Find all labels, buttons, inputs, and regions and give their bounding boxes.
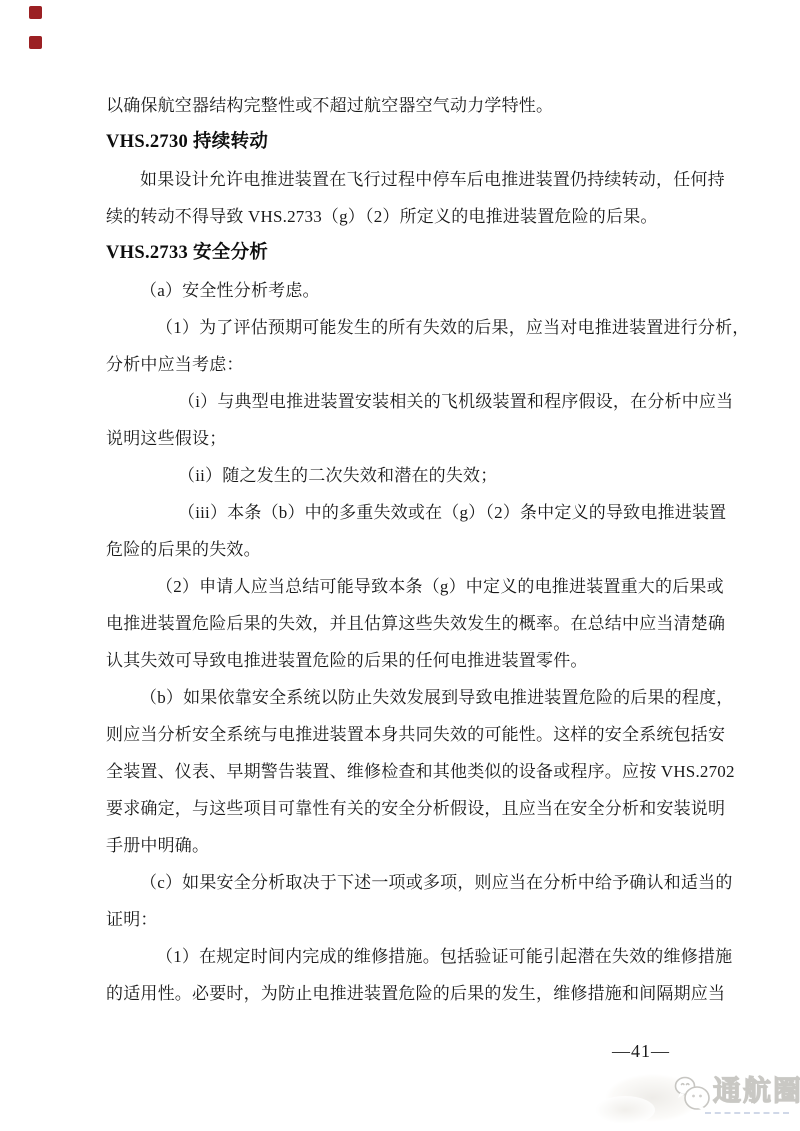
watermark-underline <box>705 1112 789 1114</box>
document-body: 以确保航空器结构完整性或不超过航空器空气动力学特性。VHS.2730 持续转动如… <box>106 87 696 1012</box>
text-line: （2）申请人应当总结可能导致本条（g）中定义的电推进装置重大的后果或 <box>106 568 696 605</box>
text-line: 说明这些假设； <box>106 420 696 457</box>
section-heading: VHS.2730 持续转动 <box>106 124 696 161</box>
text-line: （b）如果依靠安全系统以防止失效发展到导致电推进装置危险的后果的程度， <box>106 679 696 716</box>
red-square-mark <box>29 36 42 49</box>
text-line: （iii）本条（b）中的多重失效或在（g）（2）条中定义的导致电推进装置 <box>106 494 696 531</box>
text-line: （ii）随之发生的二次失效和潜在的失效； <box>106 457 696 494</box>
text-line: （i）与典型电推进装置安装相关的飞机级装置和程序假设，在分析中应当 <box>106 383 696 420</box>
text-line: 危险的后果的失效。 <box>106 531 696 568</box>
text-line: 分析中应当考虑： <box>106 346 696 383</box>
text-line: （1）在规定时间内完成的维修措施。包括验证可能引起潜在失效的维修措施 <box>106 938 696 975</box>
text-line: 以确保航空器结构完整性或不超过航空器空气动力学特性。 <box>106 87 696 124</box>
text-line: 如果设计允许电推进装置在飞行过程中停车后电推进装置仍持续转动，任何持 <box>106 161 696 198</box>
text-line: 的适用性。必要时，为防止电推进装置危险的后果的发生，维修措施和间隔期应当 <box>106 975 696 1012</box>
text-line: （c）如果安全分析取决于下述一项或多项，则应当在分析中给予确认和适当的 <box>106 864 696 901</box>
text-line: （1）为了评估预期可能发生的所有失效的后果，应当对电推进装置进行分析， <box>106 309 696 346</box>
text-line: 则应当分析安全系统与电推进装置本身共同失效的可能性。这样的安全系统包括安 <box>106 716 696 753</box>
text-line: 要求确定，与这些项目可靠性有关的安全分析假设，且应当在安全分析和安装说明 <box>106 790 696 827</box>
section-heading: VHS.2733 安全分析 <box>106 235 696 272</box>
text-line: 全装置、仪表、早期警告装置、维修检查和其他类似的设备或程序。应按 VHS.270… <box>106 753 696 790</box>
page-number: —41— <box>612 1041 670 1062</box>
text-line: 认其失效可导致电推进装置危险的后果的任何电推进装置零件。 <box>106 642 696 679</box>
text-line: 电推进装置危险后果的失效，并且估算这些失效发生的概率。在总结中应当清楚确 <box>106 605 696 642</box>
text-line: 证明： <box>106 901 696 938</box>
chat-bubbles-icon <box>673 1074 713 1114</box>
watermark: 通航圈 <box>595 1066 795 1128</box>
watermark-text: 通航圈 <box>713 1076 800 1106</box>
text-line: 续的转动不得导致 VHS.2733（g）（2）所定义的电推进装置危险的后果。 <box>106 198 696 235</box>
text-line: （a）安全性分析考虑。 <box>106 272 696 309</box>
text-line: 手册中明确。 <box>106 827 696 864</box>
red-square-mark <box>29 6 42 19</box>
watermark-blob <box>595 1096 655 1124</box>
document-page: 以确保航空器结构完整性或不超过航空器空气动力学特性。VHS.2730 持续转动如… <box>0 0 800 1131</box>
